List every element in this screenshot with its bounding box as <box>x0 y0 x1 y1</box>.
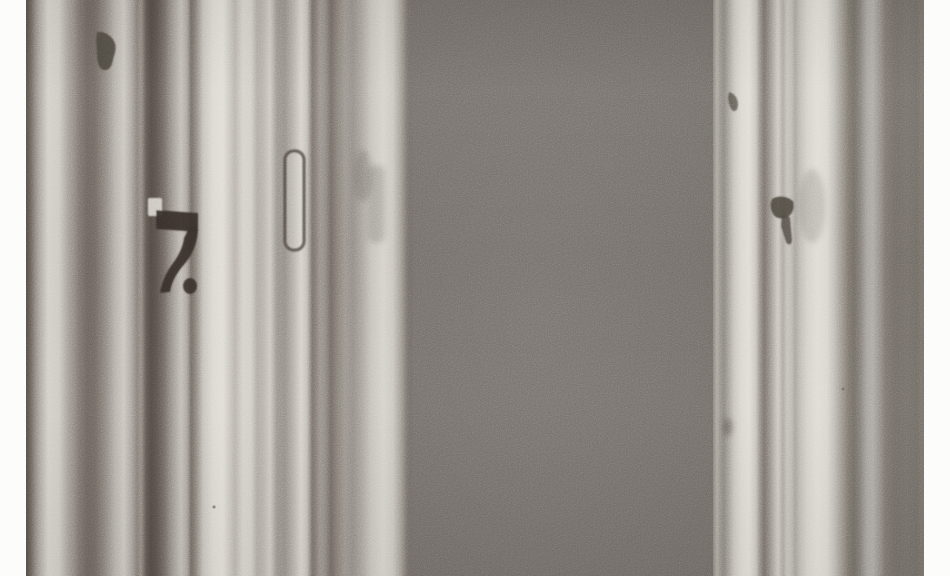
pull-handle-icon <box>285 151 304 250</box>
small-knob-icon <box>96 32 116 70</box>
hardware-layer <box>26 0 924 576</box>
latch-tail <box>781 215 792 244</box>
window-latch-right-icon <box>771 197 794 245</box>
dust-speck-1 <box>212 505 215 508</box>
pull-handle-face <box>285 151 304 250</box>
paper-margin-left <box>0 0 26 576</box>
smudge-left <box>354 150 372 202</box>
frame-speck-mid-right <box>724 418 733 436</box>
paper-margin-right <box>924 0 950 576</box>
photograph <box>0 0 950 576</box>
latch-knob <box>183 278 197 294</box>
window-latch-left-icon <box>148 198 198 294</box>
photo-area <box>26 0 924 576</box>
smudge-right <box>799 169 825 243</box>
frame-speck-top-right <box>728 92 738 111</box>
dust-speck-2 <box>842 388 845 391</box>
